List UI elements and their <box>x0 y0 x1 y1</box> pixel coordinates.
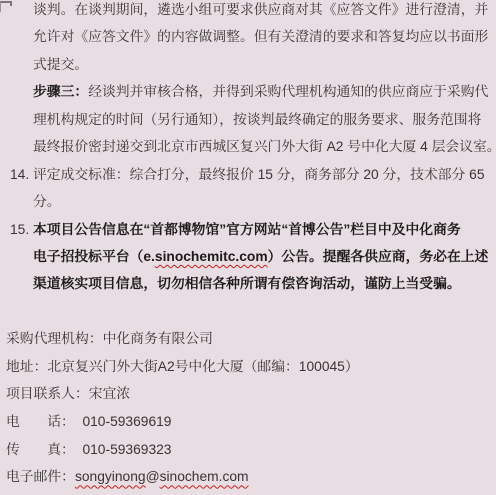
list-item-number: 15. <box>10 216 29 243</box>
text-run: 步骤三： <box>33 84 88 99</box>
label-char: 传 <box>6 436 20 464</box>
text-line: 传真： 010-59369323 <box>0 436 496 464</box>
spellcheck-flagged-text: sinochem.com <box>160 469 249 484</box>
text-run: ： 010-59369619 <box>61 414 171 429</box>
text-line: 分。 <box>0 188 496 215</box>
text-run: ）公告。提醒各供应商，务必在上述 <box>268 249 489 264</box>
document-page: 谈判。在谈判期间，遴选小组可要求供应商对其《应答文件》进行澄清，并允许对《应答文… <box>0 0 496 495</box>
text-run: 最终报价密封递交到北京市西城区复兴门外大街 A2 号中化大厦 4 层会议室。 <box>33 139 496 154</box>
text-line: 电子招投标平台（e.sinochemitc.com）公告。提醒各供应商，务必在上… <box>0 243 496 270</box>
text-line: 电子邮件：songyinong@sinochem.com <box>0 463 496 491</box>
text-run: 电子邮件： <box>6 469 75 484</box>
list-item-number: 14. <box>10 161 29 188</box>
text-run: @ <box>146 469 160 484</box>
text-line: 最终报价密封递交到北京市西城区复兴门外大街 A2 号中化大厦 4 层会议室。 <box>0 133 496 160</box>
text-line: 14.评定成交标准：综合打分，最终报价 15 分，商务部分 20 分，技术部分 … <box>0 161 496 188</box>
text-run: 允许对《应答文件》的内容做调整。但有关澄清的要求和答复均应以书面形 <box>33 29 488 44</box>
text-line: 式提交。 <box>0 51 496 78</box>
text-run: 经谈判并审核合格，并得到采购代理机构通知的供应商应于采购代 <box>88 84 488 99</box>
text-run: 评定成交标准：综合打分，最终报价 15 分，商务部分 20 分，技术部分 65 <box>33 167 485 182</box>
label-char: 电 <box>6 408 20 436</box>
text-run: 式提交。 <box>33 57 88 72</box>
text-run: 采购代理机构：中化商务有限公司 <box>6 331 213 346</box>
text-line: 允许对《应答文件》的内容做调整。但有关澄清的要求和答复均应以书面形 <box>0 23 496 50</box>
spellcheck-flagged-text: songyinong <box>75 469 146 484</box>
text-run: 地址：北京复兴门外大街A2号中化大厦（邮编：100045） <box>6 359 359 374</box>
label-char: 真 <box>47 436 61 464</box>
text-line: 谈判。在谈判期间，遴选小组可要求供应商对其《应答文件》进行澄清，并 <box>0 0 496 23</box>
text-run: 谈判。在谈判期间，遴选小组可要求供应商对其《应答文件》进行澄清，并 <box>33 2 488 17</box>
text-line: 渠道核实项目信息，切勿相信各种所谓有偿咨询活动，谨防上当受骗。 <box>0 270 496 297</box>
text-run: 分。 <box>33 194 61 209</box>
label-char: 话 <box>47 408 61 436</box>
text-run: 电子招投标平台（e. <box>33 249 155 264</box>
text-line: 项目联系人：宋宜浓 <box>0 380 496 408</box>
notice-body: 谈判。在谈判期间，遴选小组可要求供应商对其《应答文件》进行澄清，并允许对《应答文… <box>0 0 496 298</box>
text-line: 采购代理机构：中化商务有限公司 <box>0 325 496 353</box>
text-run: 项目联系人：宋宜浓 <box>6 386 130 401</box>
text-line: 步骤三：经谈判并审核合格，并得到采购代理机构通知的供应商应于采购代 <box>0 78 496 105</box>
spaced-label: 传真 <box>6 436 61 464</box>
text-line: 地址：北京复兴门外大街A2号中化大厦（邮编：100045） <box>0 353 496 381</box>
text-run: 本项目公告信息在“首都博物馆”官方网站“首博公告”栏目中及中化商务 <box>33 222 461 237</box>
text-line: 理机构规定的时间（另行通知），按谈判最终确定的服务要求、服务范围将 <box>0 106 496 133</box>
text-run: 理机构规定的时间（另行通知），按谈判最终确定的服务要求、服务范围将 <box>33 112 481 127</box>
spaced-label: 电话 <box>6 408 61 436</box>
text-line: 电话： 010-59369619 <box>0 408 496 436</box>
text-run: 渠道核实项目信息，切勿相信各种所谓有偿咨询活动，谨防上当受骗。 <box>33 276 461 291</box>
text-run: ： 010-59369323 <box>61 442 171 457</box>
text-line: 15.本项目公告信息在“首都博物馆”官方网站“首博公告”栏目中及中化商务 <box>0 216 496 243</box>
spellcheck-flagged-text: sinochemitc.com <box>155 249 268 264</box>
contact-info-block: 采购代理机构：中化商务有限公司地址：北京复兴门外大街A2号中化大厦（邮编：100… <box>0 325 496 491</box>
